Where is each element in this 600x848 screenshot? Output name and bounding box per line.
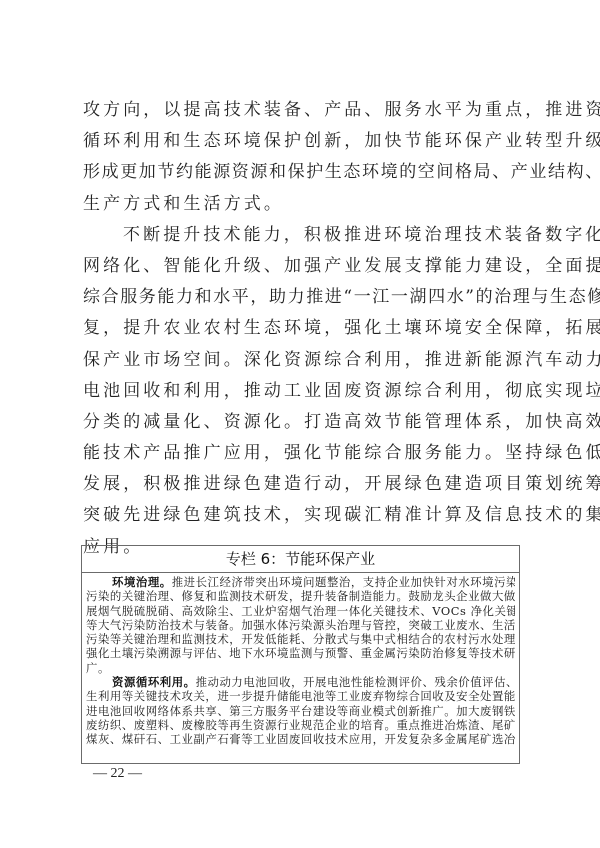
box-line: 广。: [86, 661, 515, 675]
paragraph-line: 攻方向，以提高技术装备、产品、服务水平为重点，推进资源: [83, 95, 523, 126]
sidebar-box-column-6: 专栏 6：节能环保产业 环境治理。推进长江经济带突出环境问题整治，支持企业加快针…: [81, 545, 520, 764]
box-line: 废纺织、废塑料、废橡胶等再生资源行业规范企业的培育。重点推进冶炼渣、尾矿、炉渣、…: [86, 718, 515, 732]
box-line: 环境治理。推进长江经济带突出环境问题整治，支持企业加快针对水环境污染、土壤环境: [86, 575, 515, 589]
paragraph-line: 生产方式和生活方式。: [83, 189, 523, 220]
paragraph-line: 不断提升技术能力，积极推进环境治理技术装备数字化、: [83, 220, 523, 251]
box-line: 煤灰、煤矸石、工业副产石膏等工业固废回收技术应用，开发复杂多金属尾矿选冶、清洁无…: [86, 732, 515, 746]
paragraph-line: 复，提升农业农村生态环境，强化土壤环境安全保障，拓展环: [83, 313, 523, 344]
section-heading: 资源循环利用。: [112, 675, 196, 689]
box-text: 推进长江经济带突出环境问题整治，支持企业加快针对水环境污染、土壤环境: [172, 575, 515, 589]
paragraph-line: 保产业市场空间。深化资源综合利用，推进新能源汽车动力蓄: [83, 345, 523, 376]
paragraph-line: 发展，积极推进绿色建造行动，开展绿色建造项目策划统筹，: [83, 469, 523, 500]
paragraph-line: 电池回收和利用，推动工业固废资源综合利用，彻底实现垃圾: [83, 376, 523, 407]
box-line: 展烟气脱硫脱硝、高效除尘、工业炉窑烟气治理一体化关键技术、VOCs 净化关键技术…: [86, 604, 515, 618]
box-title: 专栏 6：节能环保产业: [82, 546, 519, 573]
paragraph-line: 分类的减量化、资源化。打造高效节能管理体系，加快高效节: [83, 407, 523, 438]
paragraph-line: 形成更加节约能源资源和保护生态环境的空间格局、产业结构、: [83, 157, 523, 188]
paragraph-line: 能技术产品推广应用，强化节能综合服务能力。坚持绿色低碳: [83, 438, 523, 469]
box-line: 生利用等关键技术攻关，进一步提升储能电池等工业废弃物综合回收及安全处置能力，加快…: [86, 689, 515, 703]
box-line: 强化土壤污染溯源与评估、地下水环境监测与预警、重金属污染防治修复等技术研究与应用…: [86, 646, 515, 660]
box-line: 进电池回收网络体系共享、第三方服务平台建设等商业模式创新推广。加大废钢铁、废有色…: [86, 704, 515, 718]
box-line: 污染的关键治理、修复和监测技术研发，提升装备制造能力。鼓励龙头企业做大做强，重点…: [86, 589, 515, 603]
box-text: 推动动力电池回收，开展电池性能检测评价、残余价值评估、有价组份再: [196, 675, 515, 689]
paragraph-line: 综合服务能力和水平，助力推进“一江一湖四水”的治理与生态修: [83, 282, 523, 313]
paragraph-line: 循环利用和生态环境保护创新，加快节能环保产业转型升级，: [83, 126, 523, 157]
page-number: — 22 —: [93, 766, 142, 782]
paragraph-line: 突破先进绿色建筑技术，实现碳汇精准计算及信息技术的集成: [83, 500, 523, 531]
box-line: 资源循环利用。推动动力电池回收，开展电池性能检测评价、残余价值评估、有价组份再: [86, 675, 515, 689]
body-text: 攻方向，以提高技术装备、产品、服务水平为重点，推进资源 循环利用和生态环境保护创…: [83, 95, 523, 563]
box-line: 等大气污染防治技术与装备。加强水体污染源头治理与管控，突破工业废水、生活污水、水…: [86, 618, 515, 632]
section-heading: 环境治理。: [112, 575, 172, 589]
box-body: 环境治理。推进长江经济带突出环境问题整治，支持企业加快针对水环境污染、土壤环境 …: [82, 573, 519, 747]
box-line: 污染等关键治理和监测技术，开发低能耗、分散式与集中式相结合的农村污水处理技术与装…: [86, 632, 515, 646]
paragraph-line: 网络化、智能化升级、加强产业发展支撑能力建设，全面提升: [83, 251, 523, 282]
